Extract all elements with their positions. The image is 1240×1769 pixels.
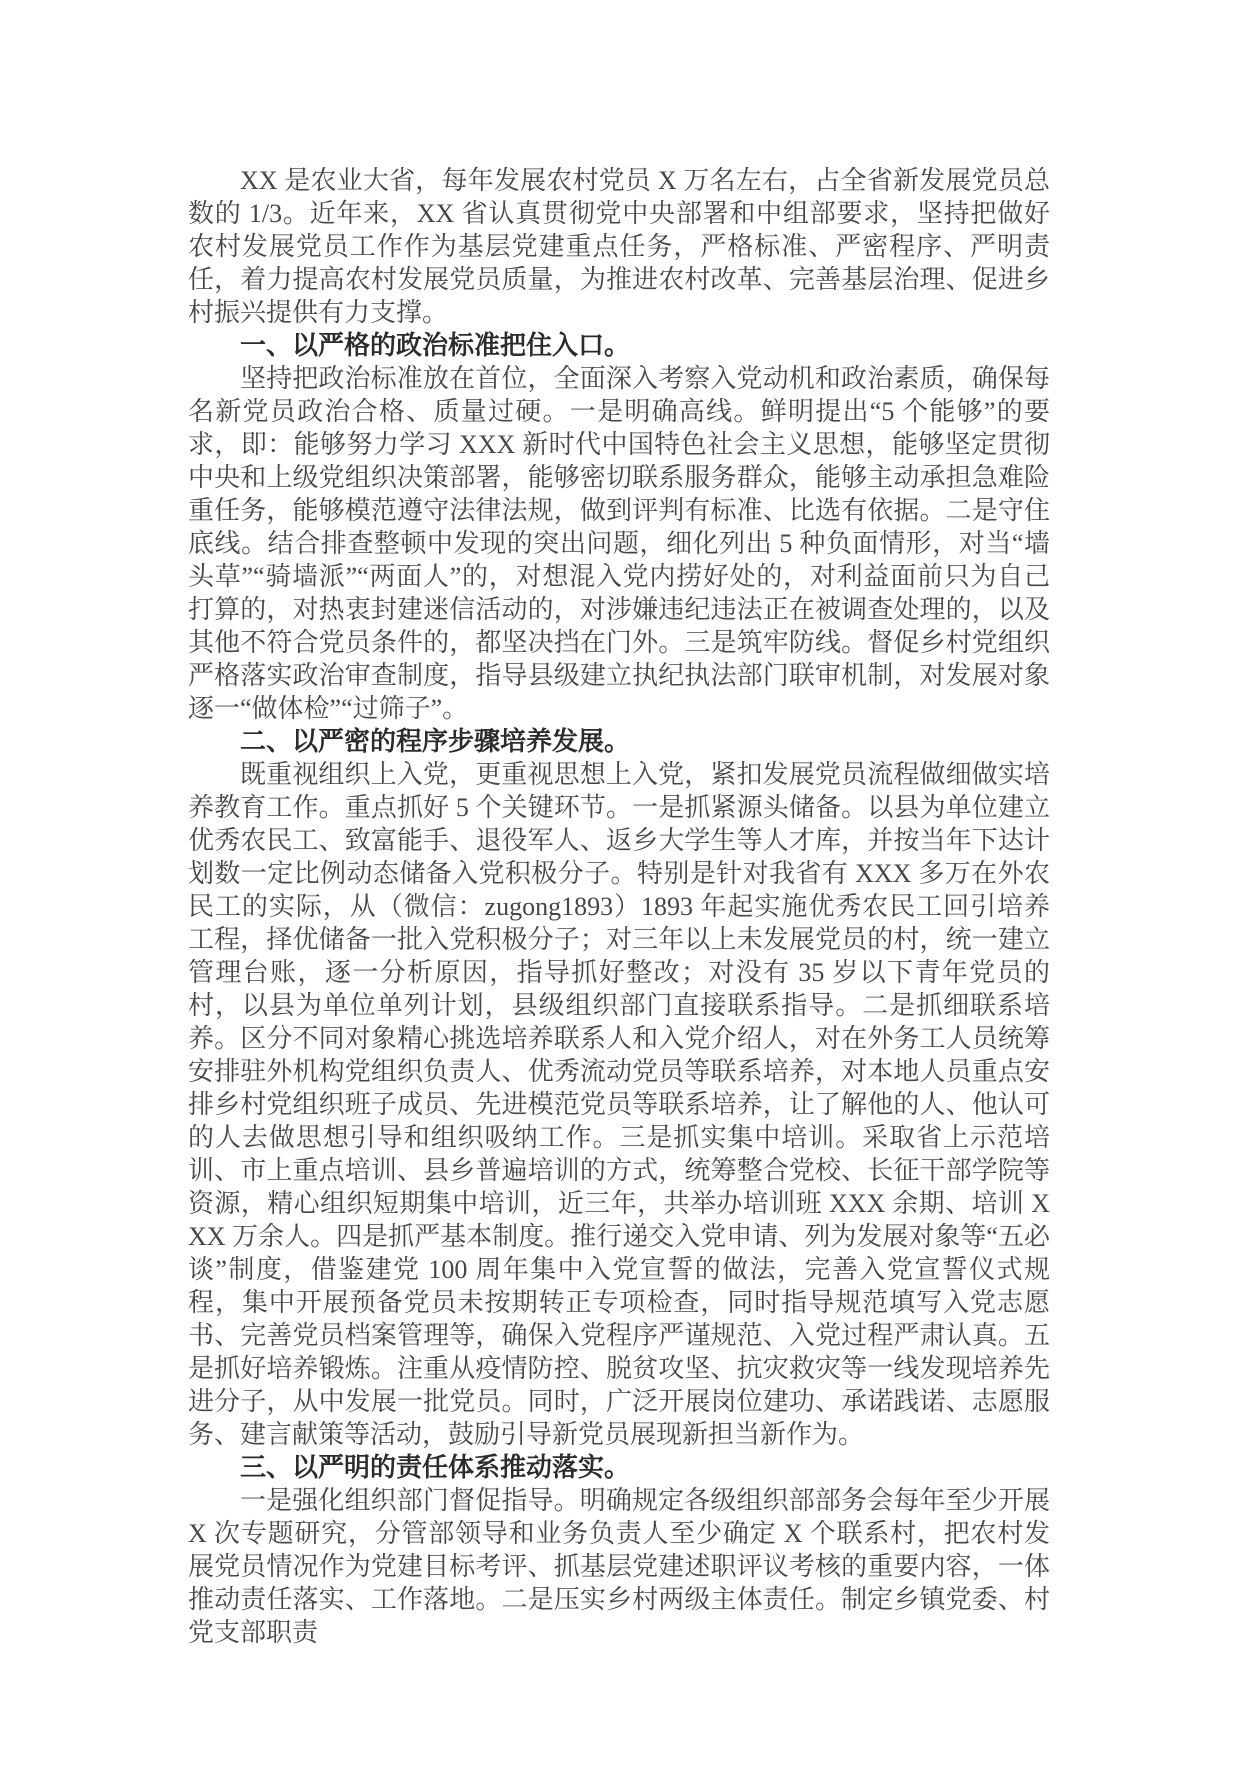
section-2-paragraph: 既重视组织上入党，更重视思想上入党，紧扣发展党员流程做细做实培养教育工作。重点抓… — [188, 758, 1050, 1451]
intro-paragraph: XX 是农业大省，每年发展农村党员 X 万名左右，占全省新发展党员总数的 1/3… — [188, 164, 1050, 329]
document-page: XX 是农业大省，每年发展农村党员 X 万名左右，占全省新发展党员总数的 1/3… — [0, 0, 1240, 1769]
section-1-heading: 一、以严格的政治标准把住入口。 — [188, 329, 1050, 362]
section-3-paragraph: 一是强化组织部门督促指导。明确规定各级组织部部务会每年至少开展 X 次专题研究，… — [188, 1484, 1050, 1649]
section-3-heading: 三、以严明的责任体系推动落实。 — [188, 1451, 1050, 1484]
section-1-paragraph: 坚持把政治标准放在首位，全面深入考察入党动机和政治素质，确保每名新党员政治合格、… — [188, 362, 1050, 725]
section-2-heading: 二、以严密的程序步骤培养发展。 — [188, 725, 1050, 758]
document-body: XX 是农业大省，每年发展农村党员 X 万名左右，占全省新发展党员总数的 1/3… — [188, 164, 1050, 1649]
